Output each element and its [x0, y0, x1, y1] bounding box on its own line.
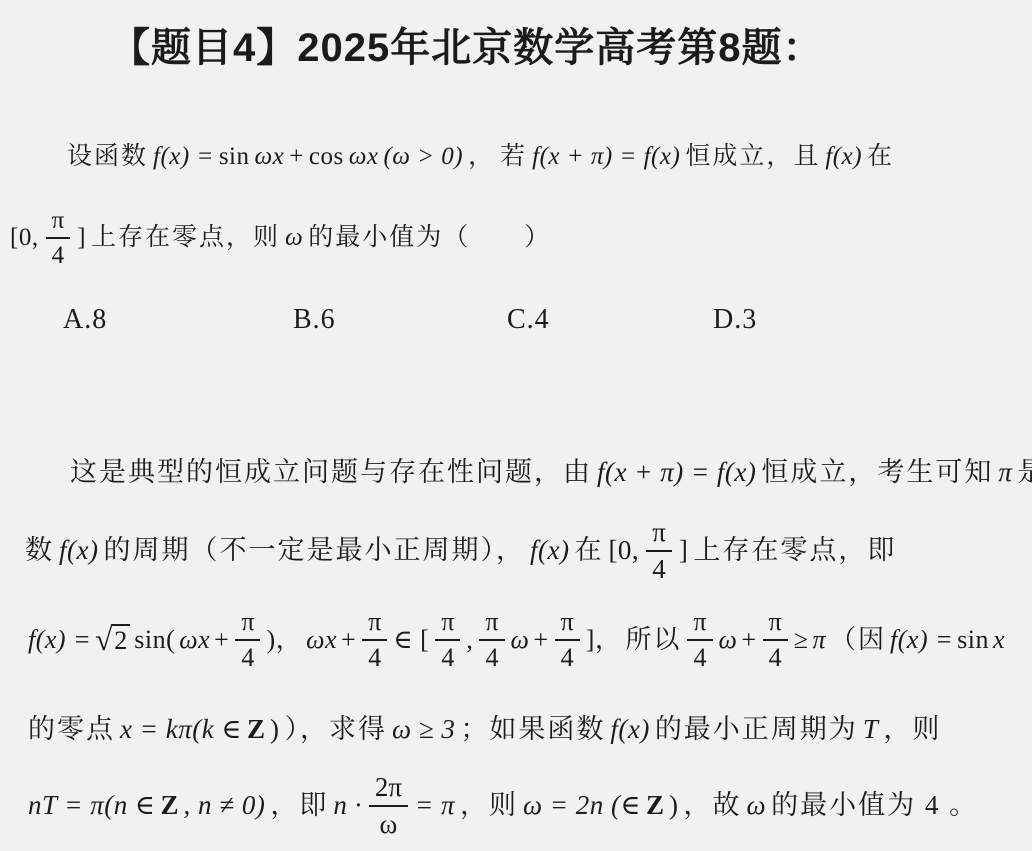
math-segment: +	[341, 624, 356, 657]
pi-over-4-fraction: π 4	[687, 609, 712, 671]
math-segment: ωx	[255, 141, 285, 172]
math-segment: n ·	[333, 789, 362, 823]
solution-line-2: 数 f(x) 的周期（不一定是最小正周期）， f(x) 在 [0, π 4 ] …	[25, 511, 896, 591]
problem-text: 上存在零点，则	[91, 222, 280, 253]
pi-over-4-fraction: π 4	[235, 609, 260, 671]
solution-text: ，则	[883, 713, 941, 747]
solution-text: 在	[574, 534, 603, 568]
fraction-denominator: 4	[362, 639, 387, 671]
math-segment: T	[863, 713, 879, 747]
math-segment: ]，	[586, 624, 622, 657]
fraction-denominator: ω	[369, 805, 408, 838]
math-segment: f(x)	[825, 141, 862, 172]
math-segment: sin	[957, 624, 989, 657]
fraction-numerator: π	[362, 609, 387, 639]
solution-text: ），求得	[284, 713, 387, 747]
pi-over-4-fraction: π 4	[555, 609, 580, 671]
math-segment: ω	[747, 789, 767, 823]
math-segment: +	[214, 624, 229, 657]
option-d: D.3	[713, 302, 757, 337]
square-root-of-two: √ 2	[95, 624, 130, 656]
solution-text: 所以	[625, 624, 681, 657]
solution-text: 的最小值为 4 。	[771, 789, 978, 823]
integer-set-symbol: Z	[161, 789, 179, 823]
radicand: 2	[111, 624, 130, 656]
math-segment: f(x + π) = f(x)	[597, 456, 756, 490]
solution-text: 恒成立，考生可知	[761, 456, 993, 490]
math-segment: ∈ [	[393, 624, 429, 657]
math-segment: ωx	[179, 624, 210, 657]
math-segment: f(x)	[610, 713, 649, 747]
math-segment: sin(	[134, 624, 175, 657]
math-segment: )	[669, 789, 679, 823]
solution-text: 是函	[1017, 456, 1032, 490]
solution-text: 这是典型的恒成立问题与存在性问题，由	[70, 456, 592, 490]
math-segment: [0,	[608, 534, 639, 568]
math-segment: π	[813, 624, 827, 657]
math-segment: +	[533, 624, 548, 657]
math-segment: f(x) =	[890, 624, 953, 657]
fraction-denominator: 4	[555, 639, 580, 671]
fraction-numerator: π	[646, 519, 672, 550]
math-segment: ω	[511, 624, 530, 657]
math-segment: ,	[466, 624, 473, 657]
fraction-denominator: 4	[479, 639, 504, 671]
fraction-denominator: 4	[235, 639, 260, 671]
math-segment: f(x) =	[28, 624, 91, 657]
radical-sign: √	[95, 624, 112, 655]
pi-over-4-fraction: π 4	[479, 609, 504, 671]
fraction-denominator: 4	[646, 550, 672, 583]
fraction-denominator: 4	[435, 639, 460, 671]
fraction-numerator: 2π	[369, 774, 408, 805]
fraction-numerator: π	[435, 609, 460, 639]
integer-set-symbol: Z	[646, 789, 664, 823]
problem-text: 设函数	[67, 141, 148, 172]
math-segment: ]	[679, 534, 689, 568]
math-segment: f(x)	[59, 534, 98, 568]
solution-text: 数	[25, 534, 54, 568]
solution-line-3: f(x) = √ 2 sin( ωx + π 4 )， ωx + π 4 ∈ […	[28, 599, 1005, 681]
problem-text: 在	[867, 141, 894, 172]
math-segment: ]	[77, 222, 86, 253]
problem-text: 的最小值为（ ）	[308, 222, 551, 253]
option-b: B.6	[293, 302, 336, 337]
pi-over-4-fraction: π 4	[46, 208, 71, 268]
math-segment: [0,	[10, 222, 39, 253]
solution-text: ，则	[460, 789, 518, 823]
math-segment: π	[998, 456, 1012, 490]
fraction-numerator: π	[235, 609, 260, 639]
pi-over-4-fraction: π 4	[763, 609, 788, 671]
math-segment: , n ≠ 0)	[184, 789, 266, 823]
solution-text: ，故	[684, 789, 742, 823]
solution-text: （因	[830, 624, 886, 657]
solution-text: ，即	[270, 789, 328, 823]
math-segment: )	[270, 713, 280, 747]
two-pi-over-omega-fraction: 2π ω	[369, 774, 408, 838]
math-segment: x = kπ(k ∈	[120, 713, 242, 747]
math-segment: ≥	[794, 624, 809, 657]
solution-text: 上存在零点，即	[693, 534, 896, 568]
pi-over-4-fraction: π 4	[646, 519, 672, 583]
math-segment: x	[993, 624, 1005, 657]
fraction-numerator: π	[479, 609, 504, 639]
fraction-denominator: 4	[763, 639, 788, 671]
fraction-denominator: 4	[687, 639, 712, 671]
fraction-numerator: π	[763, 609, 788, 639]
problem-text: 恒成立，且	[685, 141, 820, 172]
math-segment: sin	[219, 141, 250, 172]
options-row: A.8 B.6 C.4 D.3	[0, 302, 1032, 340]
solution-line-4: 的零点 x = kπ(k ∈ Z ) ），求得 ω ≥ 3 ；如果函数 f(x)…	[28, 709, 941, 751]
solution-text: 的周期（不一定是最小正周期），	[103, 534, 525, 568]
fraction-denominator: 4	[46, 237, 71, 268]
solution-line-5: nT = π(n ∈ Z , n ≠ 0) ，即 n · 2π ω = π ，则…	[28, 765, 978, 847]
document-page: 【题目4】2025年北京数学高考第8题： 设函数 f(x) = sin ωx +…	[0, 0, 1032, 851]
pi-over-4-fraction: π 4	[435, 609, 460, 671]
math-segment: ω	[285, 222, 303, 253]
math-segment: (ω > 0)	[383, 141, 463, 172]
math-segment: nT = π(n ∈	[28, 789, 156, 823]
option-c: C.4	[507, 302, 550, 337]
fraction-numerator: π	[687, 609, 712, 639]
math-segment: ωx	[306, 624, 337, 657]
problem-line-1: 设函数 f(x) = sin ωx + cos ωx (ω > 0) ， 若 f…	[67, 136, 894, 178]
page-title: 【题目4】2025年北京数学高考第8题：	[110, 24, 823, 72]
solution-line-1: 这是典型的恒成立问题与存在性问题，由 f(x + π) = f(x) 恒成立，考…	[70, 452, 1032, 494]
math-segment: ωx	[349, 141, 379, 172]
math-segment: f(x) =	[153, 141, 214, 172]
math-segment: f(x + π) = f(x)	[532, 141, 680, 172]
page-title-text: 【题目4】2025年北京数学高考第8题：	[110, 23, 823, 73]
fraction-numerator: π	[555, 609, 580, 639]
math-segment: ω ≥ 3	[392, 713, 455, 747]
math-segment: ω = 2n (∈	[523, 789, 641, 823]
pi-over-4-fraction: π 4	[362, 609, 387, 671]
solution-text: ；如果函数	[460, 713, 605, 747]
math-segment: ω	[719, 624, 738, 657]
math-segment: f(x)	[530, 534, 569, 568]
problem-line-2: [0, π 4 ] 上存在零点，则 ω 的最小值为（ ）	[10, 198, 551, 278]
problem-text: 若	[500, 141, 527, 172]
solution-text: 的零点	[28, 713, 115, 747]
math-segment: cos	[309, 141, 344, 172]
math-segment: +	[289, 141, 304, 172]
integer-set-symbol: Z	[247, 713, 265, 747]
math-segment: +	[741, 624, 756, 657]
math-segment: )，	[266, 624, 302, 657]
solution-text: 的最小正周期为	[655, 713, 858, 747]
option-a: A.8	[63, 302, 107, 337]
problem-text: ，	[468, 141, 495, 172]
fraction-numerator: π	[46, 208, 71, 237]
math-segment: = π	[415, 789, 455, 823]
